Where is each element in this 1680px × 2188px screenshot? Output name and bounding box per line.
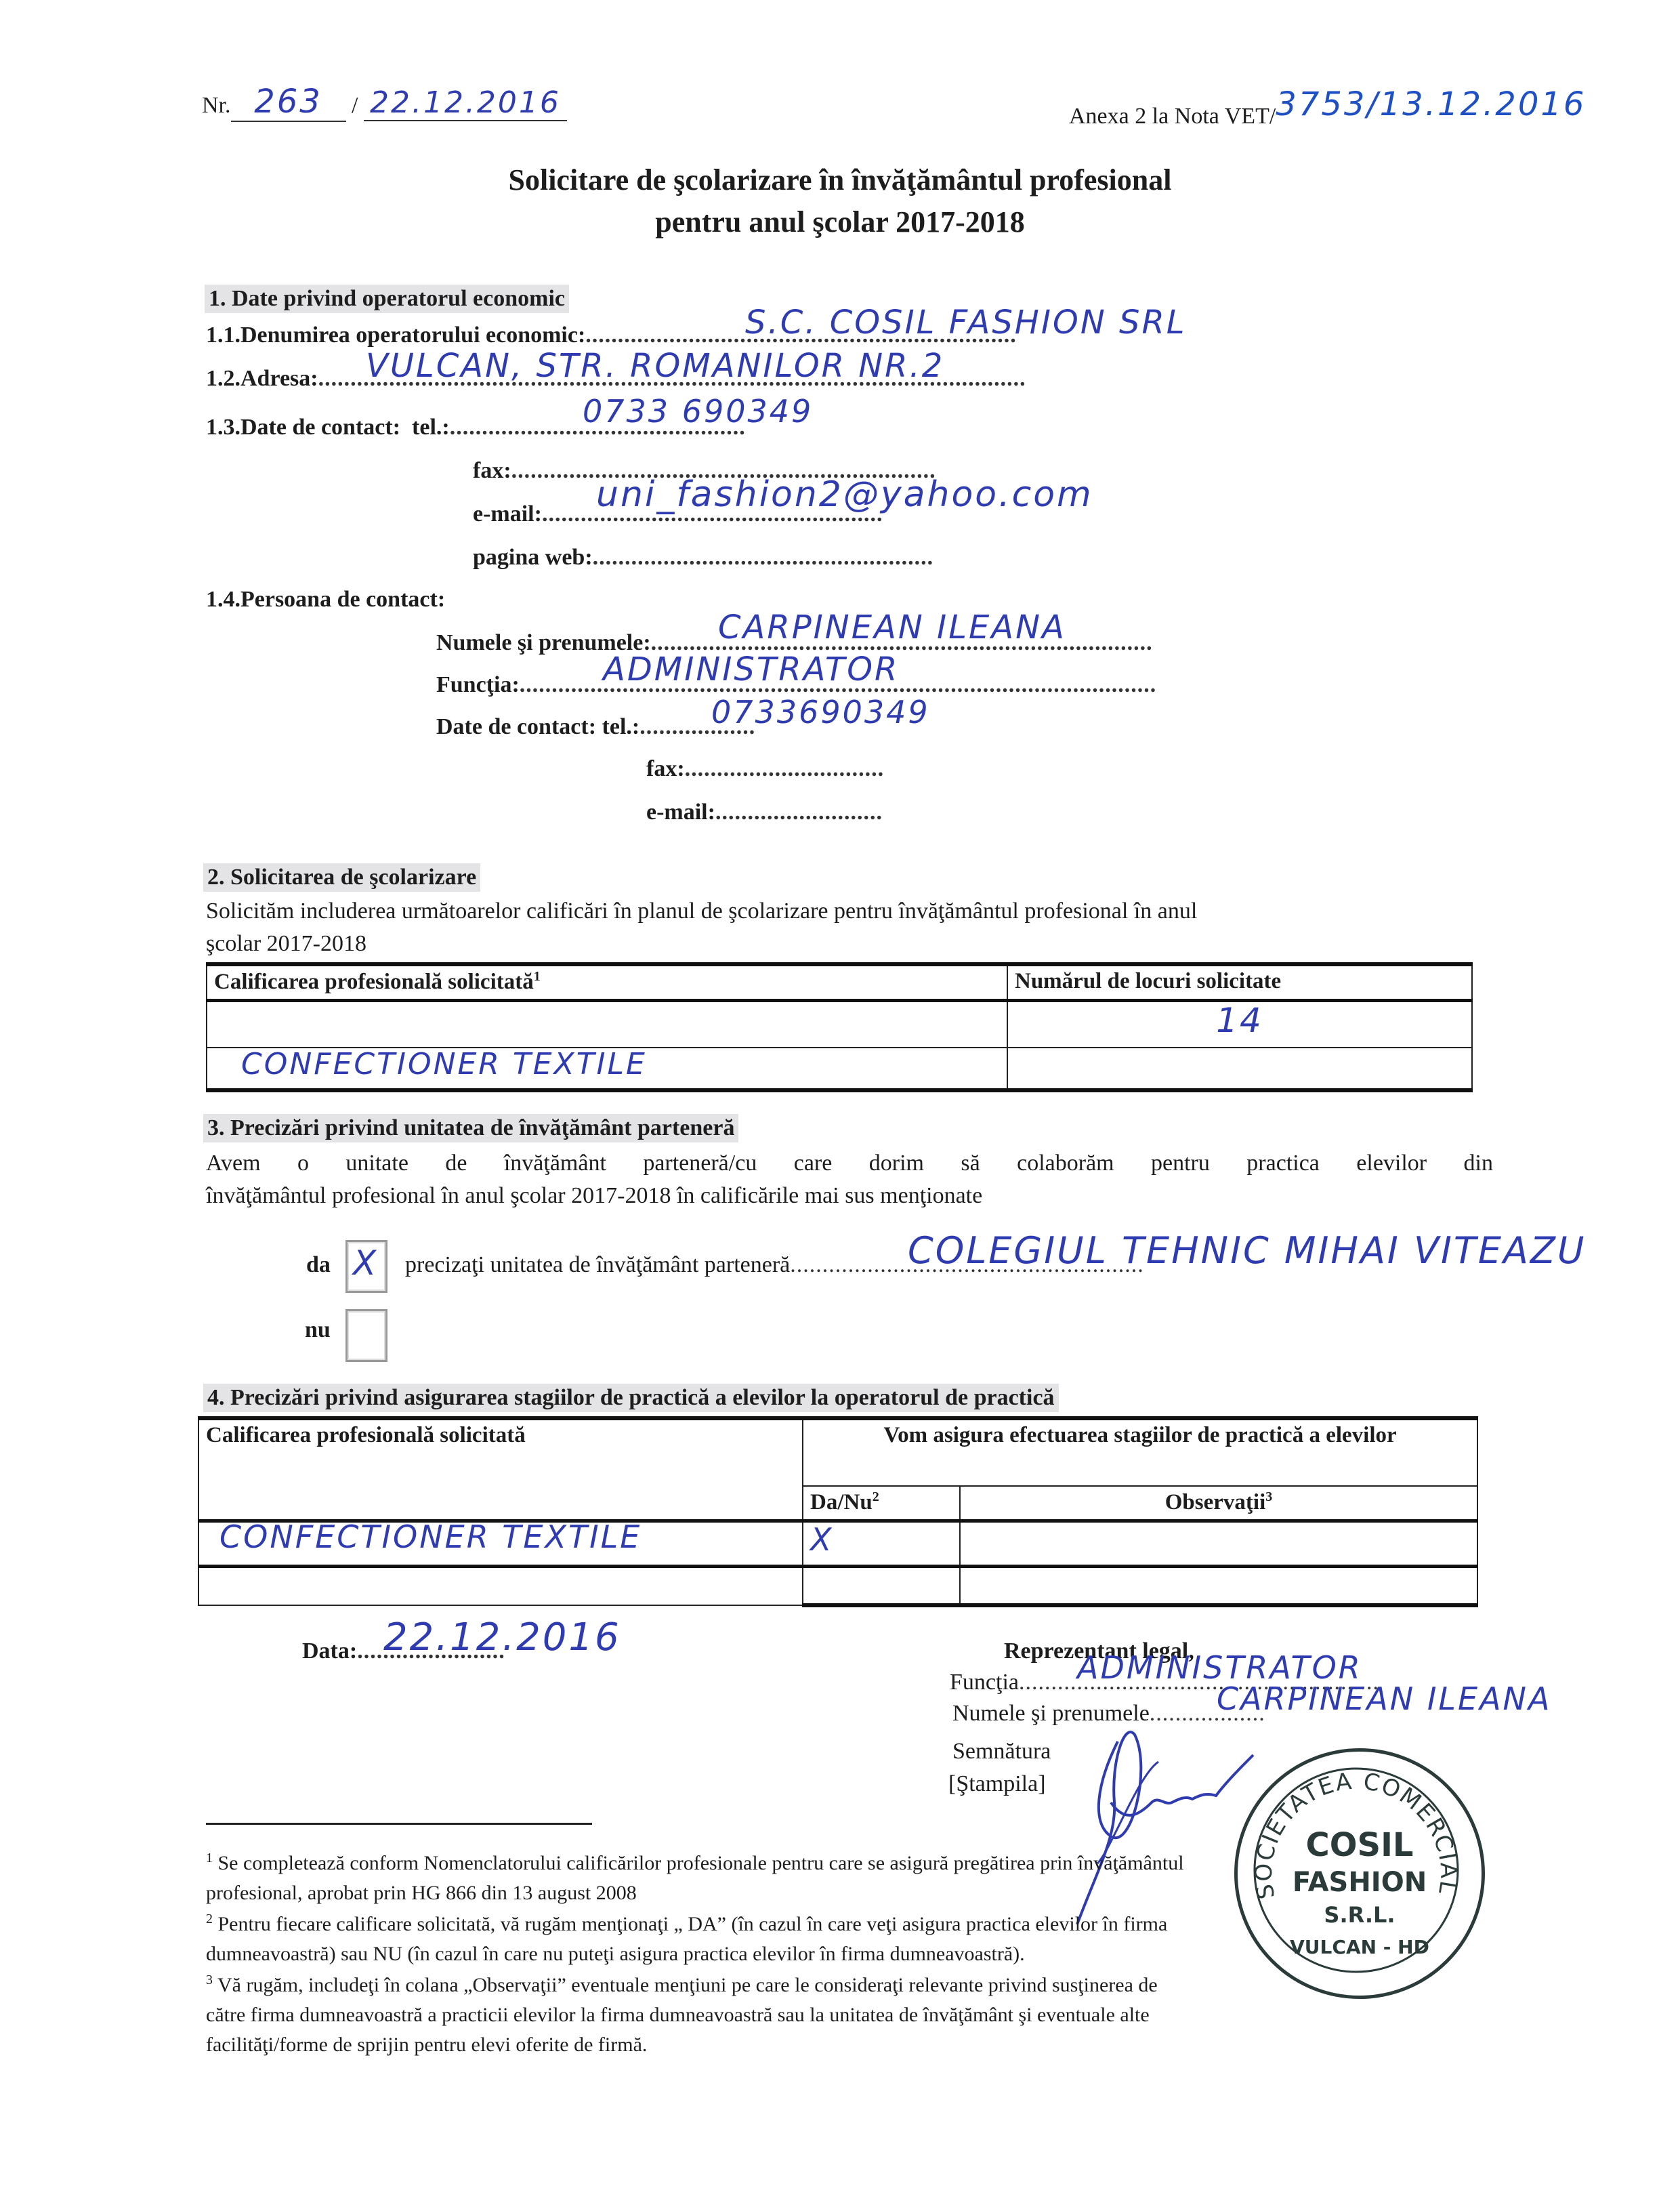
table-header-locuri: Numărul de locuri solicitate	[1007, 964, 1472, 1001]
tel-value[interactable]: 0733 690349	[583, 393, 813, 430]
persoana-label: 1.4.Persoana de contact:	[206, 587, 445, 613]
section3-heading: 3. Precizări privind unitatea de învăţăm…	[203, 1114, 738, 1142]
table-header-observatii: Observaţii3	[960, 1486, 1477, 1521]
table-cell[interactable]	[198, 1567, 803, 1606]
email-value[interactable]: uni_fashion2@yahoo.com	[596, 474, 1093, 515]
table-header-calificare: Calificarea profesională solicitată1	[207, 964, 1007, 1001]
page-title: Solicitare de şcolarizare în învăţământu…	[0, 163, 1680, 197]
calificare-value: CONFECTIONER TEXTILE	[241, 1047, 647, 1081]
table-cell[interactable]	[803, 1567, 960, 1606]
data-value[interactable]: 22.12.2016	[383, 1615, 621, 1659]
web-label: pagina web:	[473, 545, 593, 570]
nr-separator: /	[352, 93, 358, 118]
p-email-label: e-mail:	[646, 800, 715, 825]
tel-label: tel.:	[412, 415, 450, 440]
footnote-divider	[206, 1823, 592, 1825]
practice-danu-value: X	[810, 1521, 834, 1558]
anexa-value[interactable]: 3753/13.12.2016	[1276, 85, 1586, 123]
table-row	[198, 1567, 1477, 1606]
table-cell[interactable]	[960, 1567, 1477, 1606]
contact-label: 1.3.Date de contact:	[206, 415, 400, 440]
practice-calificare-value: CONFECTIONER TEXTILE	[219, 1519, 642, 1555]
nu-label: nu	[305, 1317, 331, 1343]
qualifications-table: Calificarea profesională solicitată1 Num…	[206, 962, 1473, 1092]
precizati-label: precizaţi unitatea de învăţământ partene…	[405, 1252, 790, 1277]
field-p-email: e-mail:..........................	[646, 800, 883, 825]
stamp-line2: FASHION	[1238, 1867, 1482, 1898]
table-cell[interactable]	[207, 1001, 1007, 1048]
table-row: CONFECTIONER TEXTILE	[207, 1048, 1472, 1090]
footnote-1: 1 Se completează conform Nomenclatorului…	[206, 1843, 1184, 1908]
practice-table: Calificarea profesională solicitată Vom …	[198, 1416, 1478, 1607]
locuri-value: 14	[1216, 1001, 1263, 1040]
stamp-line3: S.R.L.	[1238, 1902, 1482, 1928]
table-row: 14	[207, 1001, 1472, 1048]
section4-heading: 4. Precizări privind asigurarea stagiilo…	[203, 1384, 1059, 1412]
nu-checkbox[interactable]	[345, 1309, 387, 1362]
nume-value[interactable]: CARPINEAN ILEANA	[718, 608, 1066, 646]
nr-value[interactable]: 263	[254, 83, 322, 121]
denumire-label: 1.1.Denumirea operatorului economic:	[206, 323, 585, 348]
check-mark-icon: X	[353, 1243, 376, 1283]
table-row: CONFECTIONER TEXTILE X	[198, 1521, 1477, 1567]
adresa-label: 1.2.Adresa:	[206, 366, 318, 391]
table-header-group: Vom asigura efectuarea stagiilor de prac…	[803, 1418, 1477, 1486]
table-cell[interactable]: CONFECTIONER TEXTILE	[198, 1521, 803, 1567]
company-stamp: SOCIETATEA COMERCIALA COSIL FASHION S.R.…	[1234, 1748, 1485, 1999]
rep-nume-value[interactable]: CARPINEAN ILEANA	[1217, 1680, 1551, 1717]
table-cell[interactable]: 14	[1007, 1001, 1472, 1048]
anexa-reference: Anexa 2 la Nota VET/3753/13.12.2016	[1069, 94, 1586, 131]
table-cell[interactable]	[960, 1521, 1477, 1567]
page-subtitle: pentru anul şcolar 2017-2018	[0, 205, 1680, 239]
functia-label: Funcţia:	[436, 672, 520, 697]
anexa-label: Anexa 2 la Nota VET/	[1069, 104, 1276, 129]
nr-date[interactable]: 22.12.2016	[370, 85, 561, 120]
da-label: da	[306, 1252, 331, 1278]
field-p-contact: Date de contact: tel.:..................	[436, 714, 755, 740]
section1-heading: 1. Date privind operatorul economic	[205, 285, 569, 313]
section2-heading: 2. Solicitarea de şcolarizare	[203, 863, 480, 892]
da-checkbox[interactable]: X	[345, 1240, 387, 1293]
email-label: e-mail:	[473, 501, 542, 527]
adresa-value[interactable]: VULCAN, STR. ROMANILOR NR.2	[366, 347, 944, 385]
table-cell[interactable]: CONFECTIONER TEXTILE	[207, 1048, 1007, 1090]
field-p-fax: fax:...............................	[646, 756, 884, 782]
table-header-danu: Da/Nu2	[803, 1486, 960, 1521]
section3-paragraph-line2: învăţământul profesional în anul şcolar …	[206, 1183, 982, 1209]
section2-paragraph-line1: Solicităm includerea următoarelor califi…	[206, 899, 1197, 924]
stamp-line1: COSIL	[1238, 1826, 1482, 1864]
field-web: pagina web:.............................…	[473, 545, 933, 571]
functia-value[interactable]: ADMINISTRATOR	[603, 651, 899, 688]
p-tel-value[interactable]: 0733690349	[711, 694, 930, 730]
partener-value[interactable]: COLEGIUL TEHNIC MIHAI VITEAZU	[908, 1229, 1586, 1272]
section2-paragraph-line2: şcolar 2017-2018	[206, 931, 366, 957]
footnote-2: 2 Pentru fiecare calificare solicitată, …	[206, 1904, 1167, 1969]
table-header-calificare: Calificarea profesională solicitată	[198, 1418, 803, 1521]
nr-label: Nr.	[202, 93, 231, 118]
rep-functia-label: Funcţia	[950, 1670, 1019, 1695]
section3-paragraph-line1: Avem o unitate de învăţământ parteneră/c…	[206, 1151, 1493, 1176]
data-label: Data:	[302, 1638, 357, 1664]
table-cell[interactable]	[1007, 1048, 1472, 1090]
denumire-value[interactable]: S.C. COSIL FASHION SRL	[745, 304, 1187, 342]
stampila-label: [Ştampila]	[948, 1771, 1046, 1797]
table-cell[interactable]: X	[803, 1521, 960, 1567]
p-fax-label: fax:	[646, 756, 685, 781]
p-contact-label: Date de contact: tel.:	[436, 714, 639, 739]
registration-number: Nr.263 / 22.12.2016	[202, 83, 567, 122]
semnatura-label: Semnătura	[952, 1739, 1051, 1764]
fax-label: fax:	[473, 458, 511, 483]
stamp-bottom: VULCAN - HD	[1238, 1936, 1482, 1958]
footnote-3: 3 Vă rugăm, includeţi în colana „Observa…	[206, 1965, 1158, 2060]
